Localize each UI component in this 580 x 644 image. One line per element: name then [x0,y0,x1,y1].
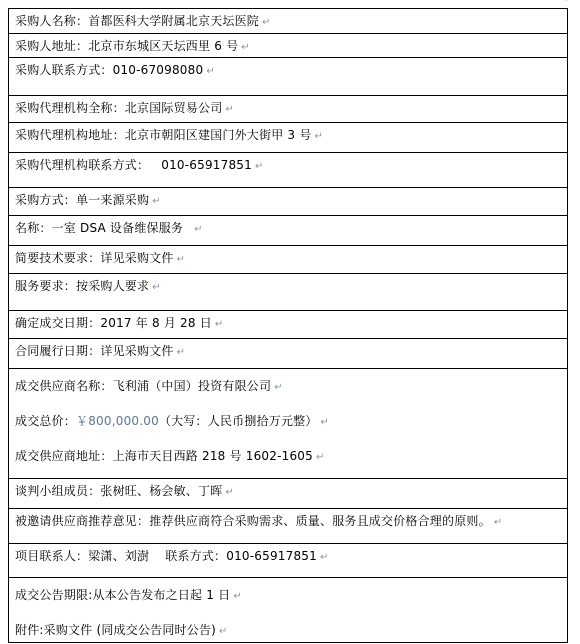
paragraph-mark-icon: ↵ [177,347,186,358]
paragraph-mark-icon: ↵ [194,224,203,235]
amount-accent-text: ￥800,000.00 [76,414,159,428]
paragraph-mark-icon: ↵ [215,319,224,330]
table-row: 成交供应商名称：飞利浦（中国）投资有限公司↵成交总价：￥800,000.00（大… [9,369,567,479]
paragraph: 采购代理机构地址：北京市朝阳区建国门外大街甲 3 号↵ [15,127,563,145]
paragraph: 采购人地址：北京市东城区天坛西里 6 号↵ [15,38,563,56]
text-segment: 简要技术要求：详见采购文件 [15,251,174,265]
table-row: 成交公告期限:从本公告发布之日起 1 日↵附件:采购文件 (同成交公告同时公告)… [9,578,567,642]
paragraph-mark-icon: ↵ [241,42,250,53]
paragraph: 采购代理机构全称：北京国际贸易公司↵ [15,100,563,118]
paragraph: 采购代理机构联系方式： 010-65917851↵ [15,157,563,175]
paragraph-mark-icon: ↵ [225,487,234,498]
paragraph: 成交供应商名称：飞利浦（中国）投资有限公司↵ [15,378,563,396]
table-row: 确定成交日期：2017 年 8 月 28 日↵↵ [9,311,567,339]
table-row: 名称：一室 DSA 设备维保服务 ↵↵ [9,216,567,246]
text-segment: 服务要求：按采购人要求 [15,279,149,293]
text-segment: 谈判小组成员：张树旺、杨会敏、丁晖 [15,484,222,498]
paragraph-mark-icon: ↵ [255,161,264,172]
paragraph-mark-icon: ↵ [316,452,325,463]
paragraph-mark-icon: ↵ [314,131,323,142]
text-segment: 采购人地址：北京市东城区天坛西里 6 号 [15,39,238,53]
table-row: 服务要求：按采购人要求↵↵ [9,274,567,311]
table-row: 项目联系人：梁潇、刘澍 联系方式：010-65917851↵↵ [9,544,567,578]
text-segment: 采购人名称：首都医科大学附属北京天坛医院 [15,14,259,28]
paragraph: 项目联系人：梁潇、刘澍 联系方式：010-65917851↵ [15,548,563,566]
paragraph-mark-icon: ↵ [274,382,283,393]
paragraph-mark-icon: ↵ [152,196,161,207]
text-segment: 附件:采购文件 (同成交公告同时公告) [15,623,216,637]
text-segment: 成交总价： [15,414,76,428]
text-segment: 项目联系人：梁潇、刘澍 联系方式：010-65917851 [15,549,317,563]
text-segment: 采购方式：单一来源采购 [15,193,149,207]
paragraph: 简要技术要求：详见采购文件↵ [15,250,563,268]
paragraph: 采购人名称：首都医科大学附属北京天坛医院↵ [15,13,563,31]
paragraph-mark-icon: ↵ [219,626,228,637]
text-segment: 采购代理机构全称：北京国际贸易公司 [15,101,222,115]
table-row: 谈判小组成员：张树旺、杨会敏、丁晖↵↵ [9,479,567,509]
table-row: 采购人联系方式：010-67098080↵↵ [9,58,567,96]
paragraph-mark-icon: ↵ [262,17,271,28]
paragraph-mark-icon: ↵ [225,104,234,115]
page-end-formatting-mark-icon: ↵ [564,0,572,5]
table-row: 采购方式：单一来源采购↵↵ [9,188,567,216]
paragraph: 成交供应商地址：上海市天目西路 218 号 1602-1605↵ [15,448,563,466]
paragraph-mark-icon: ↵ [206,66,215,77]
text-segment: （大写：人民币捌拾万元整） [159,414,318,428]
table-row: 采购代理机构地址：北京市朝阳区建国门外大街甲 3 号↵↵ [9,123,567,153]
text-segment: 成交供应商地址：上海市天目西路 218 号 1602-1605 [15,449,313,463]
table-row: 合同履行日期：详见采购文件↵↵ [9,339,567,369]
paragraph: 成交公告期限:从本公告发布之日起 1 日↵ [15,587,563,605]
paragraph: 附件:采购文件 (同成交公告同时公告)↵ [15,622,563,640]
paragraph: 成交总价：￥800,000.00（大写：人民币捌拾万元整）↵ [15,413,563,431]
text-segment: 采购代理机构地址：北京市朝阳区建国门外大街甲 3 号 [15,128,311,142]
text-segment: 被邀请供应商推荐意见：推荐供应商符合采购需求、质量、服务且成交价格合理的原则。 [15,514,491,528]
table-row: 采购人地址：北京市东城区天坛西里 6 号↵↵ [9,34,567,58]
text-segment: 采购代理机构联系方式： 010-65917851 [15,158,252,172]
paragraph-mark-icon: ↵ [494,517,503,528]
procurement-table: 采购人名称：首都医科大学附属北京天坛医院↵↵采购人地址：北京市东城区天坛西里 6… [8,8,568,643]
paragraph-mark-icon: ↵ [177,254,186,265]
text-segment: 确定成交日期：2017 年 8 月 28 日 [15,316,212,330]
text-segment: 成交供应商名称：飞利浦（中国）投资有限公司 [15,379,271,393]
paragraph-mark-icon: ↵ [321,417,330,428]
paragraph: 采购方式：单一来源采购↵ [15,192,563,210]
table-row: 采购人名称：首都医科大学附属北京天坛医院↵↵ [9,9,567,34]
table-row: 采购代理机构全称：北京国际贸易公司↵↵ [9,96,567,123]
paragraph: 服务要求：按采购人要求↵ [15,278,563,296]
paragraph-mark-icon: ↵ [233,591,242,602]
paragraph: 名称：一室 DSA 设备维保服务 ↵ [15,220,563,238]
paragraph: 确定成交日期：2017 年 8 月 28 日↵ [15,315,563,333]
table-row: 被邀请供应商推荐意见：推荐供应商符合采购需求、质量、服务且成交价格合理的原则。↵… [9,509,567,544]
table-row: 简要技术要求：详见采购文件↵↵ [9,246,567,274]
text-segment: 合同履行日期：详见采购文件 [15,344,174,358]
text-segment: 成交公告期限:从本公告发布之日起 1 日 [15,588,230,602]
paragraph: 被邀请供应商推荐意见：推荐供应商符合采购需求、质量、服务且成交价格合理的原则。↵ [15,513,563,531]
table-row: 采购代理机构联系方式： 010-65917851↵↵ [9,153,567,188]
document-page: ↵ 采购人名称：首都医科大学附属北京天坛医院↵↵采购人地址：北京市东城区天坛西里… [0,0,580,644]
paragraph: 合同履行日期：详见采购文件↵ [15,343,563,361]
paragraph-mark-icon: ↵ [320,552,329,563]
text-segment: 名称：一室 DSA 设备维保服务 [15,221,191,235]
paragraph: 谈判小组成员：张树旺、杨会敏、丁晖↵ [15,483,563,501]
text-segment: 采购人联系方式：010-67098080 [15,63,203,77]
paragraph-mark-icon: ↵ [152,282,161,293]
paragraph: 采购人联系方式：010-67098080↵ [15,62,563,80]
